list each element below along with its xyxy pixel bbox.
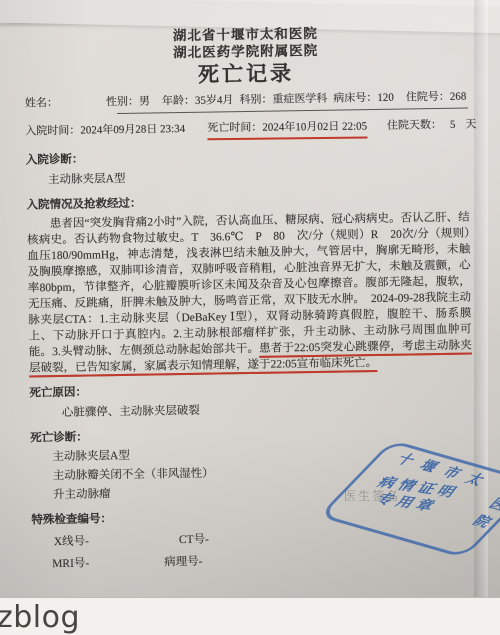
- document-photo: 湖北省十堰市太和医院 湖北医药学院附属医院 死亡记录 姓名： 性别： 男 年龄：…: [0, 0, 500, 597]
- admission-time: 入院时间：2024年09月28日 23:34: [25, 121, 185, 140]
- document-title: 死亡记录: [24, 59, 467, 91]
- age-label: 年龄：: [162, 93, 195, 110]
- gender-value: 男: [139, 94, 150, 110]
- inpatient-number-value: 268: [450, 89, 467, 105]
- pathology-number-field: 病理号-: [164, 554, 203, 571]
- stay-days-label: 住院天数：: [387, 117, 442, 134]
- special-exam-row: MRI号- 病理号-: [32, 549, 475, 572]
- watermark-strip: zblog: [0, 597, 500, 635]
- department-value: 重症医学科: [272, 91, 327, 108]
- stay-days-value: 5: [450, 117, 456, 133]
- rescue-course-paragraph: 患者因“突发胸背痛2小时”入院，否认高血压、糖尿病、冠心病病史。否认乙肝、结核病…: [27, 210, 472, 377]
- xray-number-field: X线号-: [54, 534, 89, 551]
- age-value: 35岁4月: [195, 92, 234, 109]
- mri-number-field: MRI号-: [52, 556, 89, 573]
- department-label: 科别：: [239, 92, 272, 109]
- bed-number-value: 120: [377, 90, 394, 106]
- times-row: 入院时间：2024年09月28日 23:34 死亡时间：2024年10月02日 …: [25, 117, 468, 144]
- ct-number-field: CT号-: [179, 532, 209, 548]
- bed-number-label: 病床号：: [333, 90, 377, 107]
- inpatient-number-label: 住院号：: [406, 89, 450, 106]
- stay-days-unit: 天: [465, 116, 476, 132]
- admission-diagnosis-item: 主动脉夹层A型: [48, 166, 469, 189]
- zblog-watermark: zblog: [0, 600, 80, 635]
- course-body-text: 患者因“突发胸背痛2小时”入院，否认高血压、糖尿病、冠心病病史。否认乙肝、结核病…: [27, 212, 482, 359]
- stamp-org-side-text: 医院: [460, 495, 500, 535]
- death-time-red-underlined: 死亡时间：2024年10月02日 22:05: [207, 118, 367, 140]
- death-cause-heading: 死亡原因：: [29, 379, 472, 402]
- gender-label: 性别：: [106, 94, 139, 111]
- name-label: 姓名：: [25, 95, 58, 112]
- admission-diagnosis-heading: 入院诊断：: [26, 146, 469, 169]
- death-cause-item: 心脏骤停、主动脉夹层破裂: [62, 399, 473, 421]
